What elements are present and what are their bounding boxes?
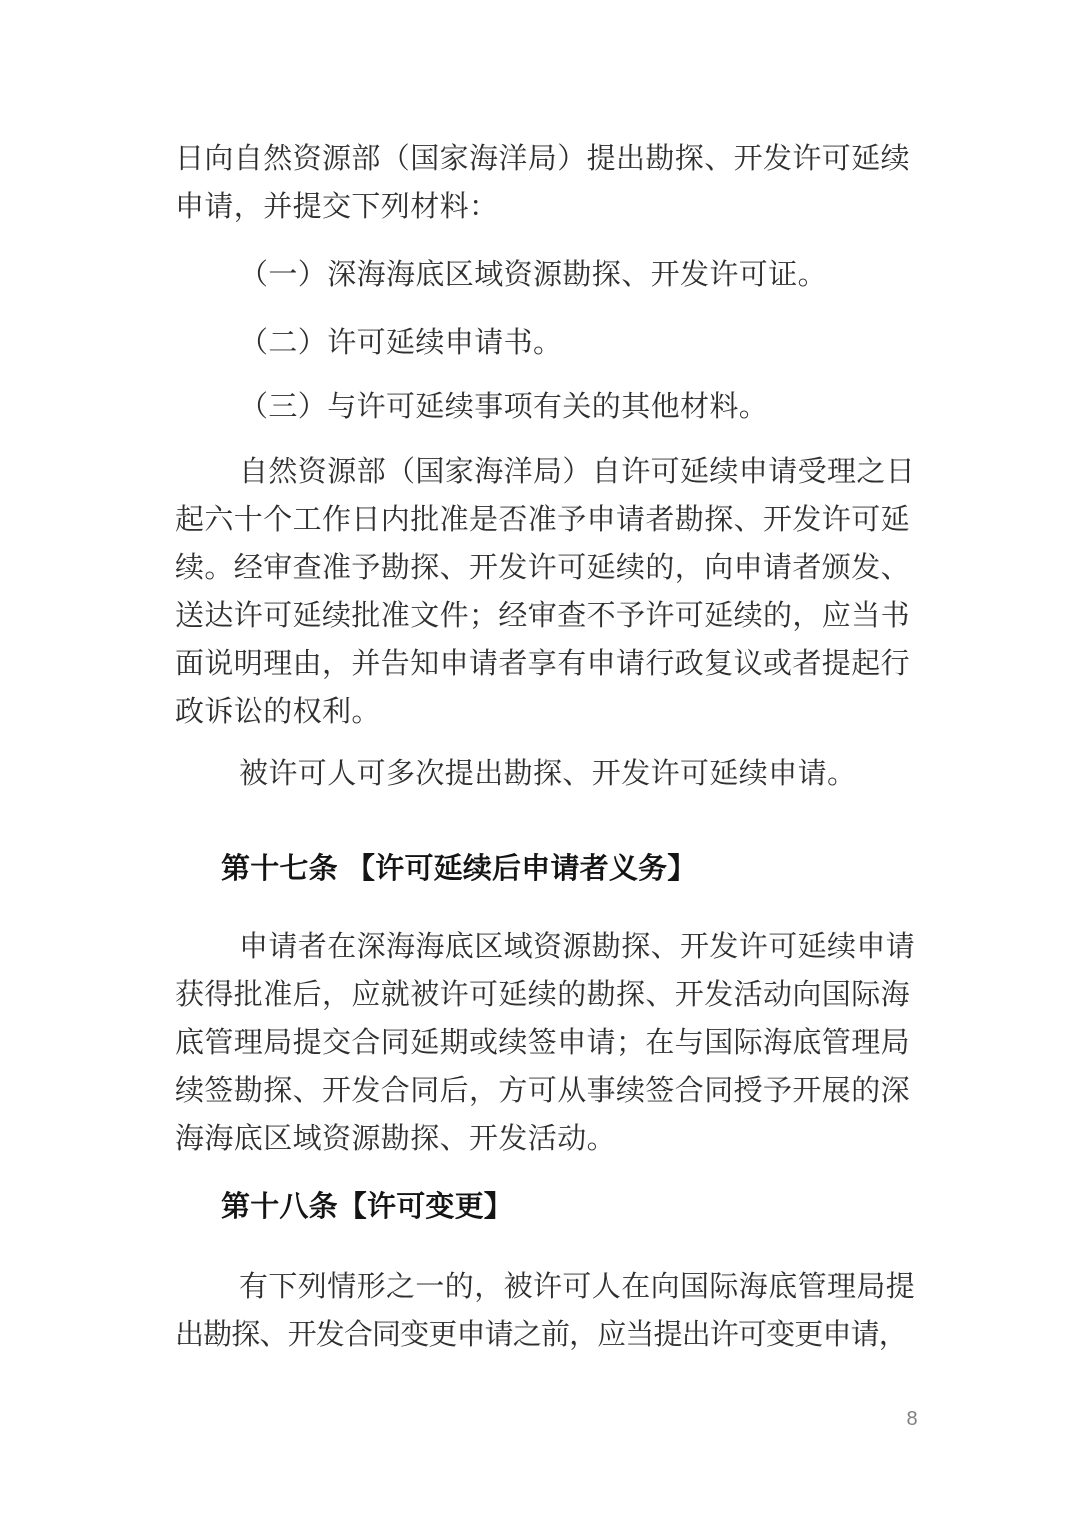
paragraph: 日向自然资源部（国家海洋局）提出勘探、开发许可延续申请，并提交下列材料：	[175, 135, 912, 231]
paragraph: 有下列情形之一的，被许可人在向国际海底管理局提出勘探、开发合同变更申请之前，应当…	[175, 1263, 912, 1359]
text-line: （三）与许可延续事项有关的其他材料。	[175, 383, 912, 431]
text-line: 第十七条 【许可延续后申请者义务】	[175, 845, 912, 893]
text-line: 申请，并提交下列材料：	[175, 183, 912, 231]
text-line: 日向自然资源部（国家海洋局）提出勘探、开发许可延续	[175, 135, 912, 183]
paragraph: （二）许可延续申请书。	[175, 319, 912, 367]
text-line: 政诉讼的权利。	[175, 688, 912, 736]
text-line: 被许可人可多次提出勘探、开发许可延续申请。	[175, 750, 912, 798]
text-line: 海海底区域资源勘探、开发活动。	[175, 1115, 912, 1163]
text-line: 自然资源部（国家海洋局）自许可延续申请受理之日	[175, 448, 912, 496]
text-line: 第十八条【许可变更】	[175, 1183, 912, 1231]
text-line: 申请者在深海海底区域资源勘探、开发许可延续申请	[175, 923, 912, 971]
text-line: 续。经审查准予勘探、开发许可延续的，向申请者颁发、	[175, 544, 912, 592]
text-line: 获得批准后，应就被许可延续的勘探、开发活动向国际海	[175, 971, 912, 1019]
text-line: 出勘探、开发合同变更申请之前，应当提出许可变更申请，	[175, 1311, 912, 1359]
text-line: 续签勘探、开发合同后，方可从事续签合同授予开展的深	[175, 1067, 912, 1115]
text-line: 底管理局提交合同延期或续签申请；在与国际海底管理局	[175, 1019, 912, 1067]
section-heading: 第十七条 【许可延续后申请者义务】	[175, 845, 912, 893]
paragraph: 被许可人可多次提出勘探、开发许可延续申请。	[175, 750, 912, 798]
document-page: 日向自然资源部（国家海洋局）提出勘探、开发许可延续申请，并提交下列材料：（一）深…	[0, 0, 1080, 1527]
text-line: （一）深海海底区域资源勘探、开发许可证。	[175, 251, 912, 299]
paragraph: 申请者在深海海底区域资源勘探、开发许可延续申请获得批准后，应就被许可延续的勘探、…	[175, 923, 912, 1163]
page-number: 8	[895, 1406, 929, 1432]
section-heading: 第十八条【许可变更】	[175, 1183, 912, 1231]
text-line: （二）许可延续申请书。	[175, 319, 912, 367]
paragraph: （一）深海海底区域资源勘探、开发许可证。	[175, 251, 912, 299]
paragraph: （三）与许可延续事项有关的其他材料。	[175, 383, 912, 431]
text-line: 送达许可延续批准文件；经审查不予许可延续的，应当书	[175, 592, 912, 640]
text-line: 起六十个工作日内批准是否准予申请者勘探、开发许可延	[175, 496, 912, 544]
paragraph: 自然资源部（国家海洋局）自许可延续申请受理之日起六十个工作日内批准是否准予申请者…	[175, 448, 912, 736]
text-line: 面说明理由，并告知申请者享有申请行政复议或者提起行	[175, 640, 912, 688]
document-body: 日向自然资源部（国家海洋局）提出勘探、开发许可延续申请，并提交下列材料：（一）深…	[175, 135, 912, 1359]
text-line: 有下列情形之一的，被许可人在向国际海底管理局提	[175, 1263, 912, 1311]
